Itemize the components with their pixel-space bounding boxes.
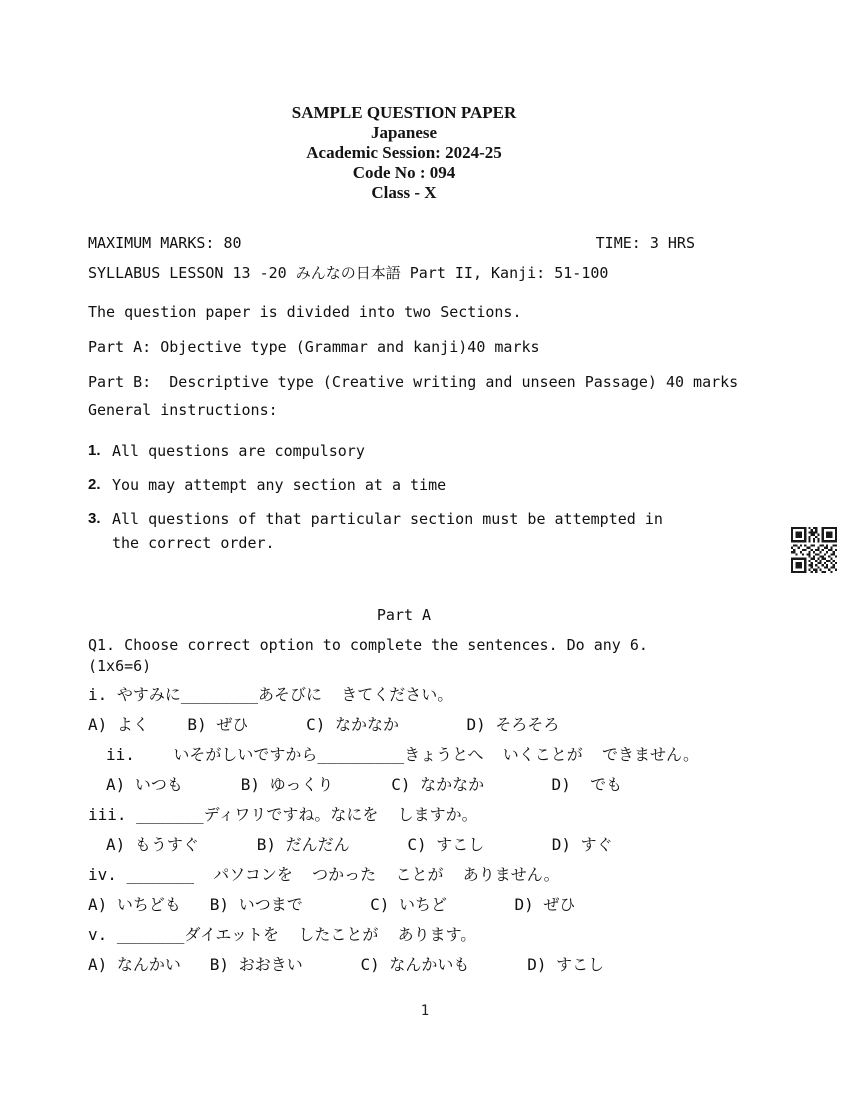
instruction-item: 1. All questions are compulsory <box>88 439 720 463</box>
instruction-text: All questions are compulsory <box>112 439 365 463</box>
options-iv: A) いちども B) いつまで C) いちど D) ぜひ <box>88 890 720 920</box>
code-number: Code No : 094 <box>88 163 720 183</box>
sections-note: The question paper is divided into two S… <box>88 302 720 323</box>
instruction-number: 3. <box>88 507 112 531</box>
class-label: Class - X <box>88 183 720 203</box>
part-a-heading: Part A <box>88 605 720 626</box>
qr-code-icon <box>790 527 838 573</box>
instruction-number: 2. <box>88 473 112 497</box>
page-number: 1 <box>0 1001 850 1021</box>
question-v: v. _______ダイエットを したことが あります。 <box>88 920 720 950</box>
options-iii: A) もうすぐ B) だんだん C) すこし D) すぐ <box>88 830 720 860</box>
academic-session: Academic Session: 2024-25 <box>88 143 720 163</box>
general-instructions-label: General instructions: <box>88 400 720 421</box>
options-i: A) よく B) ぜひ C) なかなか D) そろそろ <box>88 710 720 740</box>
maximum-marks: MAXIMUM MARKS: 80 <box>88 233 242 254</box>
part-b-description: Part B: Descriptive type (Creative writi… <box>88 372 720 393</box>
instruction-text: You may attempt any section at a time <box>112 473 446 497</box>
question-iv: iv. _______ パソコンを つかった ことが ありません。 <box>88 860 720 890</box>
question-iii: iii. _______ディワリですね。なにを しますか。 <box>88 800 720 830</box>
q1-marks: (1x6=6) <box>88 656 720 677</box>
meta-row: MAXIMUM MARKS: 80 TIME: 3 HRS <box>88 233 695 254</box>
question-i: i. やすみに________あそびに きてください。 <box>88 680 720 710</box>
question-ii: ii. いそがしいですから_________きょうとへ いくことが できません。 <box>88 740 720 770</box>
title-block: SAMPLE QUESTION PAPER Japanese Academic … <box>88 103 720 203</box>
subject-title: Japanese <box>88 123 720 143</box>
instruction-number: 1. <box>88 439 112 463</box>
part-a-description: Part A: Objective type (Grammar and kanj… <box>88 337 720 358</box>
options-v: A) なんかい B) おおきい C) なんかいも D) すこし <box>88 950 720 980</box>
paper-title: SAMPLE QUESTION PAPER <box>88 103 720 123</box>
question-paper-page: SAMPLE QUESTION PAPER Japanese Academic … <box>0 0 850 1100</box>
q1-prompt: Q1. Choose correct option to complete th… <box>88 635 720 656</box>
time-allowed: TIME: 3 HRS <box>596 233 695 254</box>
syllabus-line: SYLLABUS LESSON 13 -20 みんなの日本語 Part II, … <box>88 260 720 286</box>
instructions-list: 1. All questions are compulsory 2. You m… <box>88 439 720 555</box>
page-content: SAMPLE QUESTION PAPER Japanese Academic … <box>88 0 720 980</box>
instruction-item: 2. You may attempt any section at a time <box>88 473 720 497</box>
options-ii: A) いつも B) ゆっくり C) なかなか D) でも <box>88 770 720 800</box>
instruction-text: All questions of that particular section… <box>112 507 663 555</box>
instruction-item: 3. All questions of that particular sect… <box>88 507 720 555</box>
q1-items: i. やすみに________あそびに きてください。 A) よく B) ぜひ … <box>88 680 720 980</box>
